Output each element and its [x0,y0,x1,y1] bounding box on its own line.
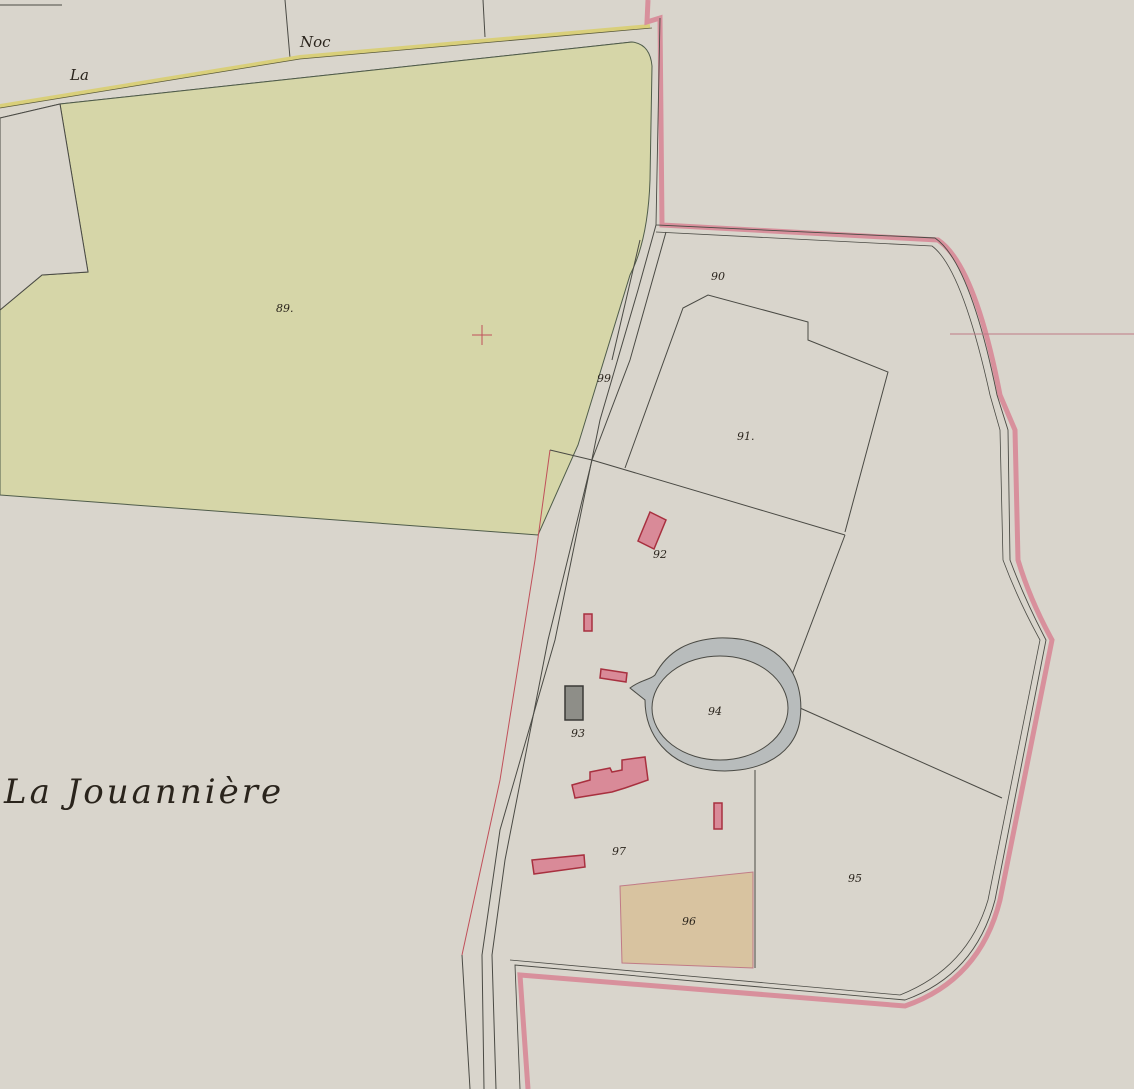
parcel-89-field [0,42,652,535]
parcel-label-95: 95 [848,872,862,885]
building-small-3 [714,803,722,829]
road-label-right: Noc [299,33,331,51]
building-93-gray [565,686,583,720]
building-small-1 [584,614,592,631]
cadastral-map: La Noc 89. 90 91. 92 93 94 95 96 97 99 L… [0,0,1134,1089]
map-canvas: La Noc 89. 90 91. 92 93 94 95 96 97 99 L… [0,0,1134,1089]
parcel-label-93: 93 [571,727,585,740]
parcel-label-97: 97 [612,845,626,858]
parcel-label-89: 89. [276,302,294,315]
parcel-label-94: 94 [708,705,722,718]
parcel-label-92: 92 [653,548,667,561]
place-name-label: La Jouannière [3,772,284,812]
parcel-label-96: 96 [682,915,696,928]
parcel-label-90: 90 [711,270,725,283]
road-label-left: La [69,66,89,84]
parcel-label-99: 99 [597,372,611,385]
parcel-label-91: 91. [737,430,755,443]
